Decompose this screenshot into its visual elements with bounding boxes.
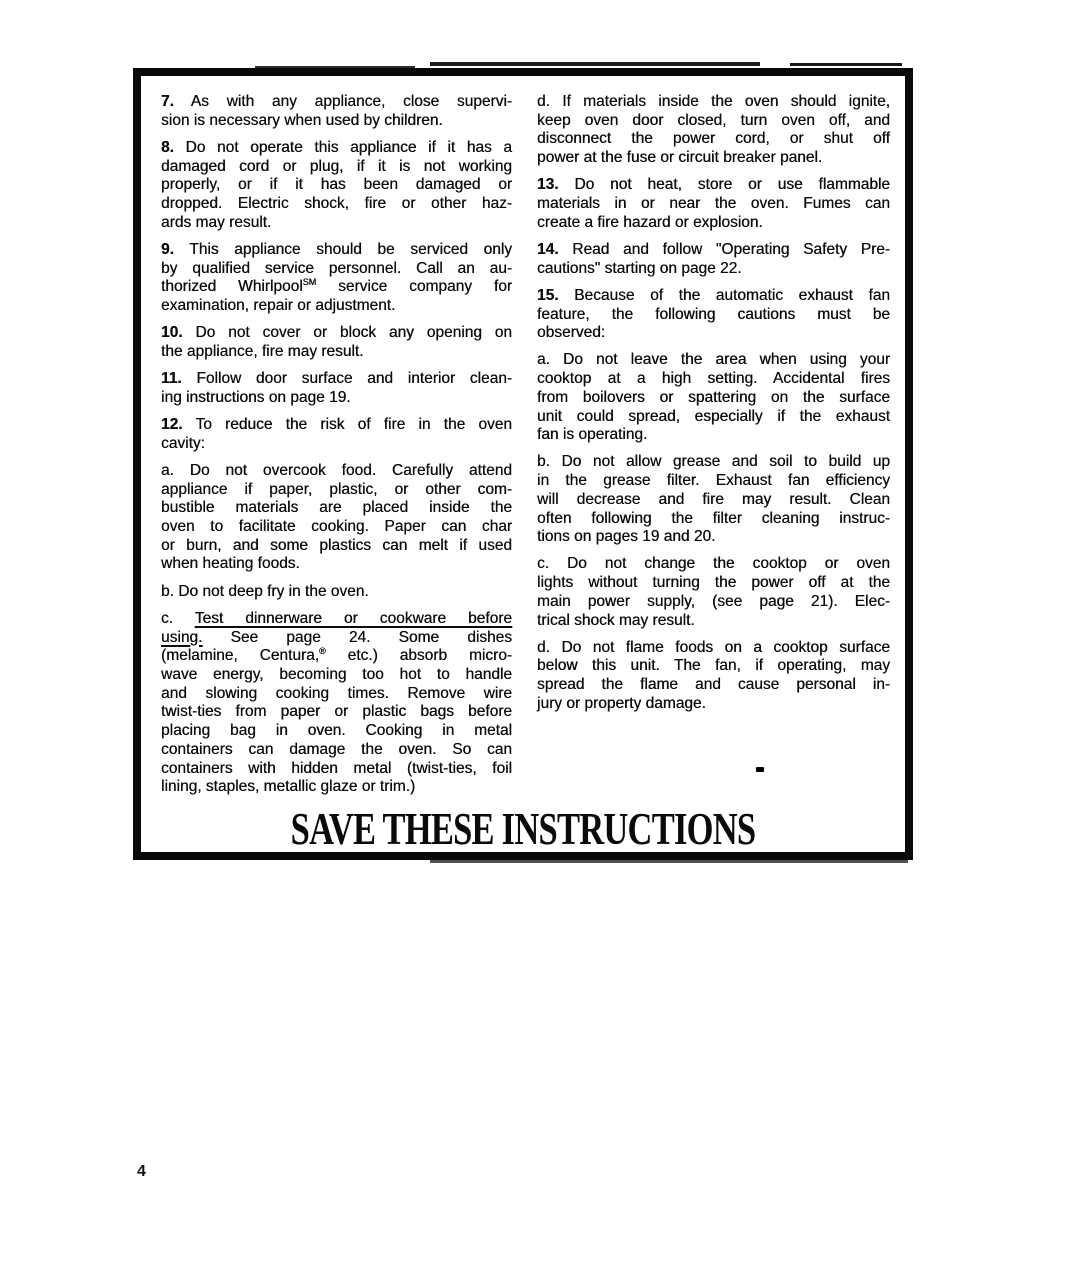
text-line: damaged cord or plug, if it is not worki… (161, 158, 512, 177)
instruction-item: a. Do not leave the area when using your… (537, 351, 890, 445)
text-line: 13. Do not heat, store or use flammable (537, 176, 890, 195)
text-line: b. Do not allow grease and soil to build… (537, 453, 890, 472)
text-line: trical shock may result. (537, 612, 890, 631)
instruction-item: a. Do not overcook food. Carefully atten… (161, 462, 512, 574)
text-line: d. Do not flame foods on a cooktop surfa… (537, 639, 890, 658)
text-line: using. See page 24. Some dishes (161, 629, 512, 648)
text-line: unit could spread, especially if the exh… (537, 408, 890, 427)
text-line: or burn, and some plastics can melt if u… (161, 537, 512, 556)
text-line: containers can damage the oven. So can (161, 741, 512, 760)
instruction-item: 15. Because of the automatic exhaust fan… (537, 287, 890, 343)
text-line: lining, staples, metallic glaze or trim.… (161, 778, 512, 797)
text-line: spread the flame and cause personal in- (537, 676, 890, 695)
text-line: thorized WhirlpoolSM service company for (161, 278, 512, 297)
instructions-border-box: 7. As with any appliance, close supervi-… (133, 68, 913, 860)
instruction-item: c. Test dinnerware or cookware beforeusi… (161, 610, 512, 797)
page-number: 4 (137, 1163, 146, 1181)
text-line: twist-ties from paper or plastic bags be… (161, 703, 512, 722)
instruction-item: b. Do not allow grease and soil to build… (537, 453, 890, 547)
instruction-item: d. If materials inside the oven should i… (537, 93, 890, 168)
text-line: keep oven door closed, turn oven off, an… (537, 112, 890, 131)
scan-artifact (430, 62, 760, 66)
instruction-item: b. Do not deep fry in the oven. (161, 583, 512, 602)
text-line: 8. Do not operate this appliance if it h… (161, 139, 512, 158)
instruction-item: c. Do not change the cooktop or ovenligh… (537, 555, 890, 630)
text-line: oven to facilitate cooking. Paper can ch… (161, 518, 512, 537)
instruction-item: 7. As with any appliance, close supervi-… (161, 93, 512, 130)
text-line: bustible materials are placed inside the (161, 499, 512, 518)
instruction-item: 13. Do not heat, store or use flammablem… (537, 176, 890, 232)
instruction-item: 9. This appliance should be serviced onl… (161, 241, 512, 316)
text-line: (melamine, Centura,® etc.) absorb micro- (161, 647, 512, 666)
instruction-item: 11. Follow door surface and interior cle… (161, 370, 512, 407)
text-line: observed: (537, 324, 890, 343)
text-line: sion is necessary when used by children. (161, 112, 512, 131)
scan-artifact (790, 63, 902, 66)
text-line: cautions" starting on page 22. (537, 260, 890, 279)
text-line: examination, repair or adjustment. (161, 297, 512, 316)
text-line: d. If materials inside the oven should i… (537, 93, 890, 112)
instruction-item: 10. Do not cover or block any opening on… (161, 324, 512, 361)
text-line: 11. Follow door surface and interior cle… (161, 370, 512, 389)
text-line: below this unit. The fan, if operating, … (537, 657, 890, 676)
text-line: by qualified service personnel. Call an … (161, 260, 512, 279)
instruction-item: 8. Do not operate this appliance if it h… (161, 139, 512, 233)
text-line: properly, or if it has been damaged or (161, 176, 512, 195)
text-line: ards may result. (161, 214, 512, 233)
text-line: main power supply, (see page 21). Elec- (537, 593, 890, 612)
text-line: appliance if paper, plastic, or other co… (161, 481, 512, 500)
text-line: and slowing cooking times. Remove wire (161, 685, 512, 704)
text-line: c. Test dinnerware or cookware before (161, 610, 512, 629)
text-line: disconnect the power cord, or shut off (537, 130, 890, 149)
scanned-manual-page: { "page_number": "4", "heading": { "save… (0, 0, 1080, 1268)
text-line: cavity: (161, 435, 512, 454)
text-line: dropped. Electric shock, fire or other h… (161, 195, 512, 214)
text-line: jury or property damage. (537, 695, 890, 714)
text-line: wave energy, becoming too hot to handle (161, 666, 512, 685)
two-column-text-area: 7. As with any appliance, close supervi-… (141, 76, 905, 805)
text-line: 12. To reduce the risk of fire in the ov… (161, 416, 512, 435)
text-line: the appliance, fire may result. (161, 343, 512, 362)
text-line: ing instructions on page 19. (161, 389, 512, 408)
instruction-item: d. Do not flame foods on a cooktop surfa… (537, 639, 890, 714)
text-line: a. Do not leave the area when using your (537, 351, 890, 370)
scan-artifact (430, 860, 908, 863)
text-line: fan is operating. (537, 426, 890, 445)
instruction-item: 12. To reduce the risk of fire in the ov… (161, 416, 512, 453)
text-line: b. Do not deep fry in the oven. (161, 583, 512, 602)
text-line: c. Do not change the cooktop or oven (537, 555, 890, 574)
text-line: a. Do not overcook food. Carefully atten… (161, 462, 512, 481)
instruction-item: 14. Read and follow "Operating Safety Pr… (537, 241, 890, 278)
right-column: d. If materials inside the oven should i… (537, 93, 890, 805)
text-line: power at the fuse or circuit breaker pan… (537, 149, 890, 168)
text-line: 9. This appliance should be serviced onl… (161, 241, 512, 260)
text-line: 15. Because of the automatic exhaust fan (537, 287, 890, 306)
text-line: when heating foods. (161, 555, 512, 574)
text-line: 10. Do not cover or block any opening on (161, 324, 512, 343)
text-line: will decrease and fire may result. Clean (537, 491, 890, 510)
text-line: from boilovers or spattering on the surf… (537, 389, 890, 408)
text-line: materials in or near the oven. Fumes can (537, 195, 890, 214)
text-line: in the grease filter. Exhaust fan effici… (537, 472, 890, 491)
text-line: tions on pages 19 and 20. (537, 528, 890, 547)
text-line: lights without turning the power off at … (537, 574, 890, 593)
text-line: feature, the following cautions must be (537, 306, 890, 325)
text-line: containers with hidden metal (twist-ties… (161, 760, 512, 779)
save-these-instructions-heading: SAVE THESE INSTRUCTIONS (237, 806, 810, 852)
text-line: cooktop at a high setting. Accidental fi… (537, 370, 890, 389)
text-line: 14. Read and follow "Operating Safety Pr… (537, 241, 890, 260)
text-line: 7. As with any appliance, close supervi- (161, 93, 512, 112)
text-line: create a fire hazard or explosion. (537, 214, 890, 233)
left-column: 7. As with any appliance, close supervi-… (161, 93, 512, 805)
text-line: often following the filter cleaning inst… (537, 510, 890, 529)
text-line: placing bag in oven. Cooking in metal (161, 722, 512, 741)
